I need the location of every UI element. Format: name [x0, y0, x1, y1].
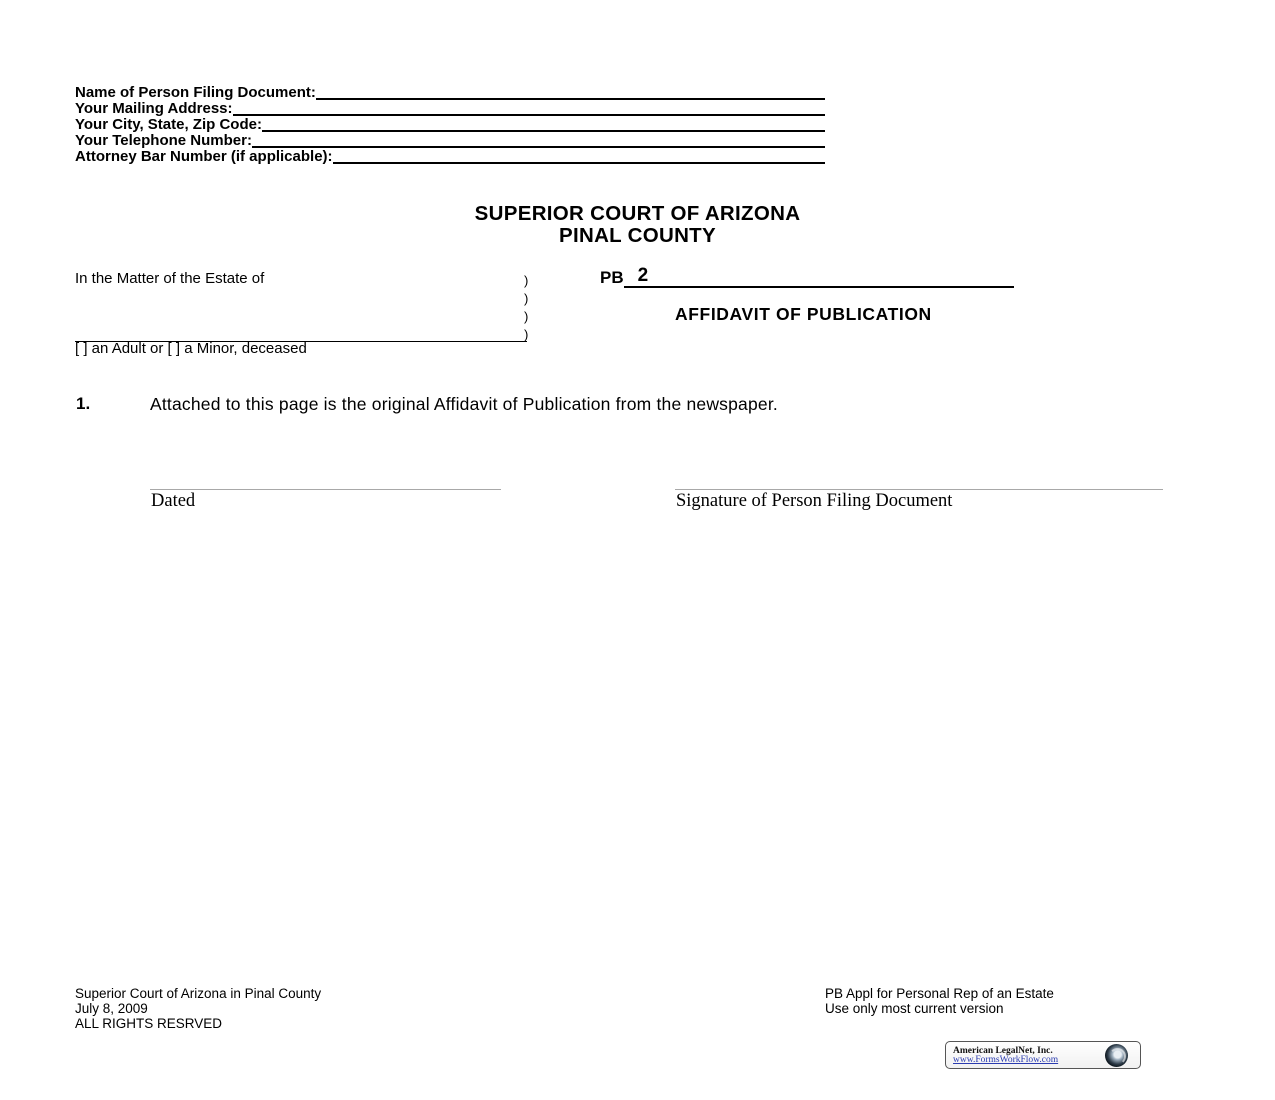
telephone-field[interactable] [252, 134, 825, 148]
adult-minor-status: [ ] an Adult or [ ] a Minor, deceased [75, 340, 307, 358]
paren: ) [524, 308, 528, 326]
city-state-zip-label: Your City, State, Zip Code: [75, 117, 262, 133]
signature-label: Signature of Person Filing Document [676, 491, 952, 511]
city-state-zip-row: Your City, State, Zip Code: [75, 117, 825, 133]
filer-name-row: Name of Person Filing Document: [75, 85, 825, 101]
bar-number-row: Attorney Bar Number (if applicable): [75, 149, 825, 165]
dated-label: Dated [151, 491, 195, 511]
footer-court: Superior Court of Arizona in Pinal Count… [75, 986, 321, 1001]
footer-right: PB Appl for Personal Rep of an Estate Us… [825, 986, 1054, 1016]
mailing-address-field[interactable] [233, 102, 825, 116]
paragraph-text: Attached to this page is the original Af… [150, 394, 778, 414]
county-name: PINAL COUNTY [0, 225, 1275, 247]
footer-version-note: Use only most current version [825, 1001, 1054, 1016]
paragraph-number: 1. [76, 394, 90, 414]
court-title: SUPERIOR COURT OF ARIZONA PINAL COUNTY [0, 203, 1275, 247]
document-title: AFFIDAVIT OF PUBLICATION [675, 304, 932, 324]
matter-label: In the Matter of the Estate of [75, 270, 264, 288]
telephone-row: Your Telephone Number: [75, 133, 825, 149]
footer-form-name: PB Appl for Personal Rep of an Estate [825, 986, 1054, 1001]
dated-field[interactable] [150, 489, 501, 490]
filer-info-block: Name of Person Filing Document: Your Mai… [75, 85, 825, 165]
footer-left: Superior Court of Arizona in Pinal Count… [75, 986, 321, 1031]
mailing-address-row: Your Mailing Address: [75, 101, 825, 117]
filer-name-label: Name of Person Filing Document: [75, 85, 316, 101]
bar-number-field[interactable] [333, 150, 825, 164]
globe-logo-icon [1105, 1044, 1128, 1067]
signature-field[interactable] [675, 489, 1163, 490]
footer-date: July 8, 2009 [75, 1001, 321, 1016]
bar-number-label: Attorney Bar Number (if applicable): [75, 149, 333, 165]
badge-url-link[interactable]: www.FormsWorkFlow.com [953, 1055, 1058, 1065]
telephone-label: Your Telephone Number: [75, 133, 252, 149]
city-state-zip-field[interactable] [262, 118, 825, 132]
paren: ) [524, 272, 528, 290]
court-name: SUPERIOR COURT OF ARIZONA [0, 203, 1275, 225]
case-number-prefix: PB [600, 268, 624, 288]
footer-rights: ALL RIGHTS RESRVED [75, 1016, 321, 1031]
filer-name-field[interactable] [316, 86, 825, 100]
paren: ) [524, 290, 528, 308]
mailing-address-label: Your Mailing Address: [75, 101, 233, 117]
case-number: PB 2 [600, 266, 1014, 288]
case-number-field[interactable]: 2 [624, 266, 1014, 288]
legalnet-badge[interactable]: American LegalNet, Inc. www.FormsWorkFlo… [945, 1041, 1141, 1069]
paren: ) [524, 326, 528, 344]
caption-parentheses: ) ) ) ) [524, 272, 528, 344]
